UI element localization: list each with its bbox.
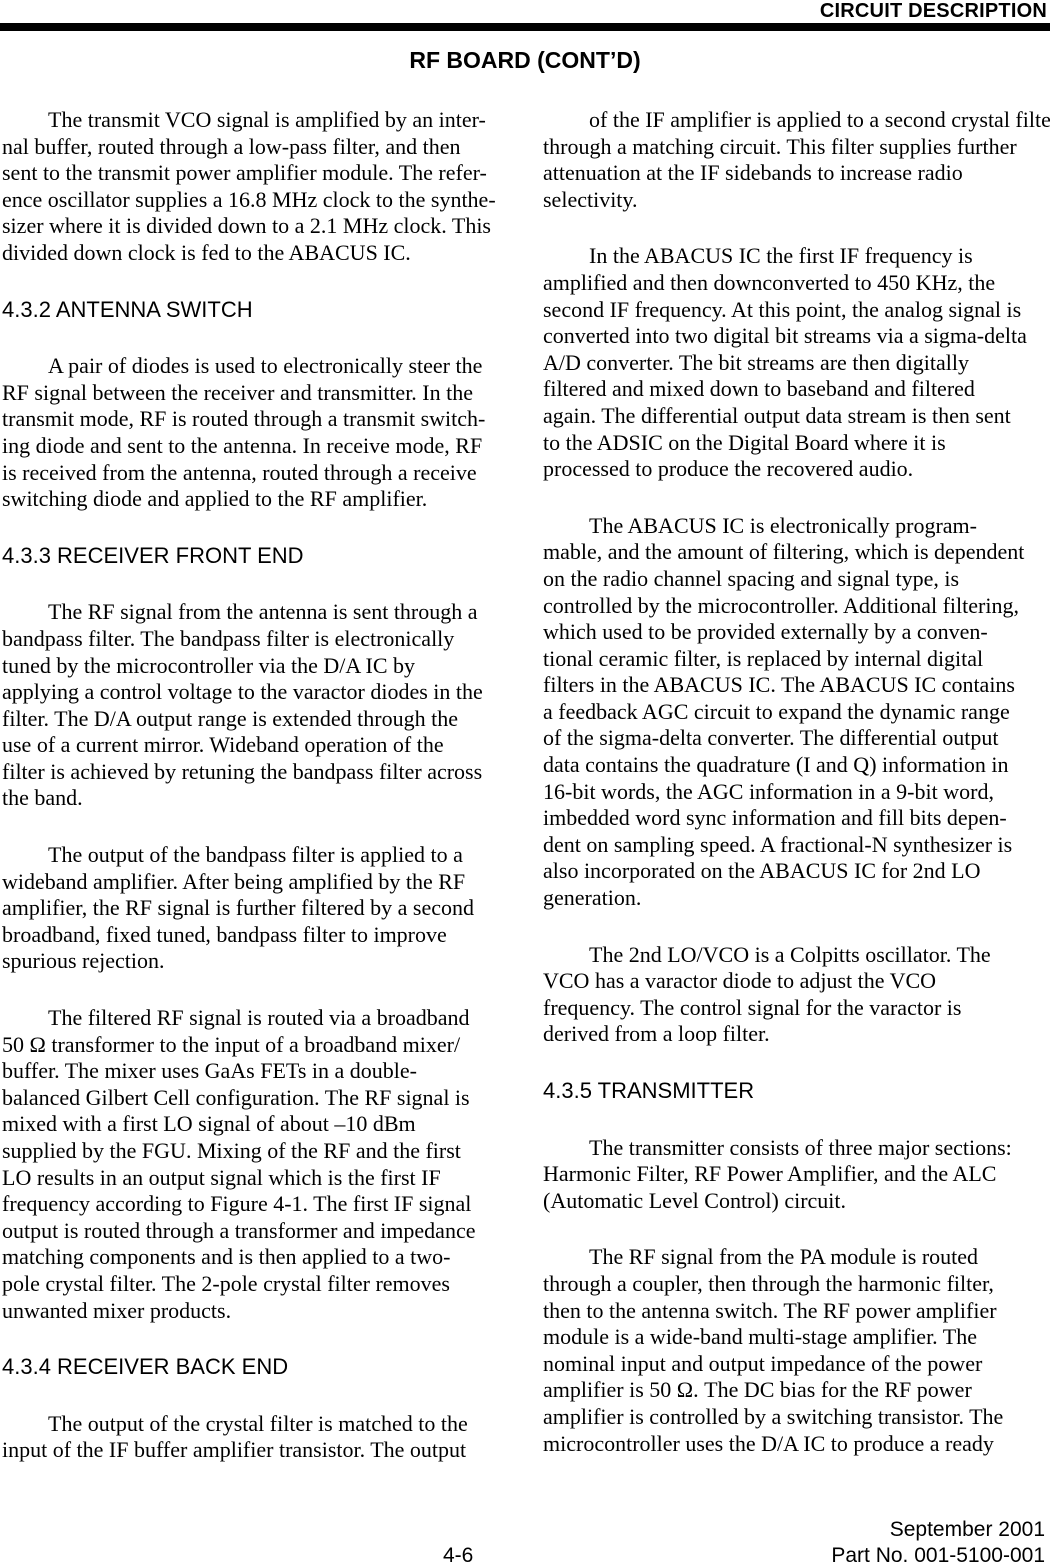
footer-part-number: Part No. 001-5100-001 xyxy=(831,1544,1045,1564)
paragraph: The transmit VCO signal is amplified by … xyxy=(2,107,504,267)
paragraph: The transmitter consists of three major … xyxy=(543,1135,1048,1215)
paragraph: The ABACUS IC is electronically program-… xyxy=(543,513,1048,912)
paragraph: In the ABACUS IC the first IF frequency … xyxy=(543,243,1048,482)
right-column: of the IF amplifier is applied to a seco… xyxy=(543,107,1048,1494)
footer-date: September 2001 xyxy=(890,1518,1045,1541)
paragraph: The filtered RF signal is routed via a b… xyxy=(2,1005,504,1324)
header-rule xyxy=(0,23,1050,31)
footer-page-number: 4-6 xyxy=(443,1544,473,1564)
section-heading: 4.3.5 TRANSMITTER xyxy=(543,1078,1048,1105)
paragraph: The RF signal from the antenna is sent t… xyxy=(2,599,504,812)
page-title: RF BOARD (CONT’D) xyxy=(0,47,1050,73)
text-columns: The transmit VCO signal is amplified by … xyxy=(2,107,1048,1494)
left-column: The transmit VCO signal is amplified by … xyxy=(2,107,504,1494)
section-heading: 4.3.3 RECEIVER FRONT END xyxy=(2,543,504,570)
document-page: CIRCUIT DESCRIPTION RF BOARD (CONT’D) Th… xyxy=(0,0,1050,1564)
paragraph: of the IF amplifier is applied to a seco… xyxy=(543,107,1048,213)
paragraph: The 2nd LO/VCO is a Colpitts oscillator.… xyxy=(543,942,1048,1048)
paragraph: The RF signal from the PA module is rout… xyxy=(543,1244,1048,1457)
paragraph: The output of the crystal filter is matc… xyxy=(2,1411,504,1464)
section-heading: 4.3.4 RECEIVER BACK END xyxy=(2,1354,504,1381)
running-header: CIRCUIT DESCRIPTION xyxy=(820,0,1047,22)
paragraph: A pair of diodes is used to electronical… xyxy=(2,353,504,513)
section-heading: 4.3.2 ANTENNA SWITCH xyxy=(2,297,504,324)
paragraph: The output of the bandpass filter is app… xyxy=(2,842,504,975)
